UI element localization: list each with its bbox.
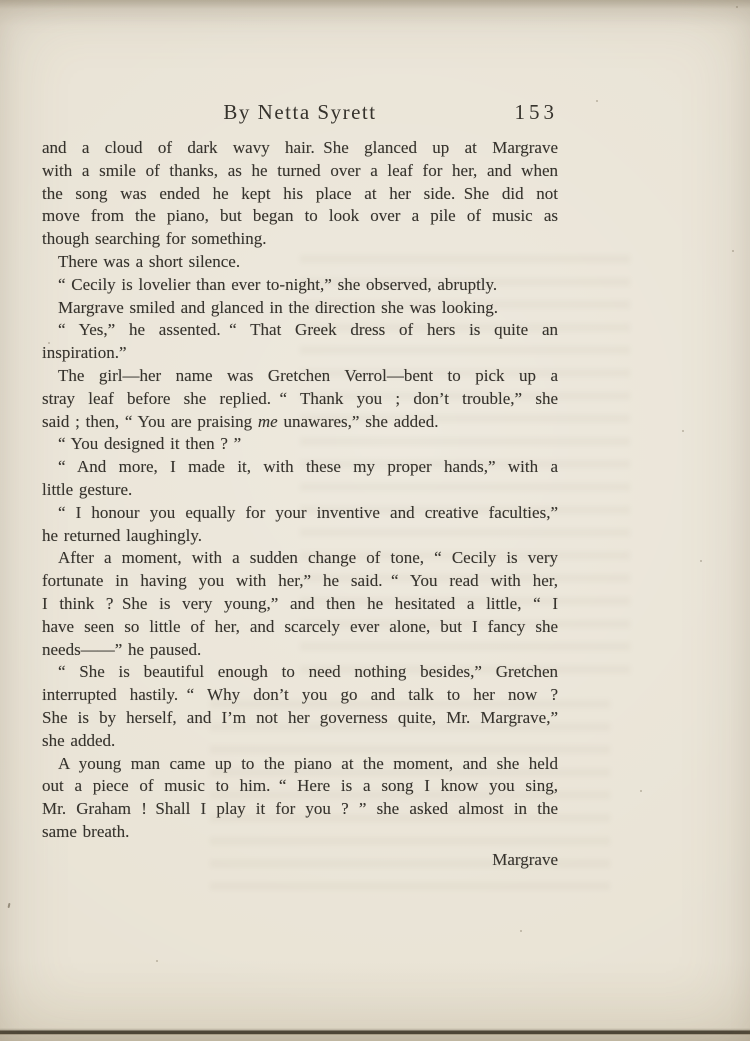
paper-speck <box>732 250 734 252</box>
text-line: “ I honour you equally for your inventiv… <box>42 502 558 525</box>
text-line: he returned laughingly. <box>42 525 558 548</box>
text-line: needs——” he paused. <box>42 639 558 662</box>
paper-speck <box>520 930 522 932</box>
text-line: Mr. Graham ! Shall I play it for you ? ”… <box>42 798 558 821</box>
catchword: Margrave <box>42 849 558 872</box>
text-line: though searching for something. <box>42 228 558 251</box>
text-line: inspiration.” <box>42 342 558 365</box>
page-bottom-edge <box>0 1028 750 1041</box>
text-line: I think ? She is very young,” and then h… <box>42 593 558 616</box>
text-line: out a piece of music to him. “ Here is a… <box>42 775 558 798</box>
page-number: 153 <box>515 96 559 128</box>
body-text: and a cloud of dark wavy hair. She glanc… <box>42 137 558 844</box>
paper-speck <box>596 100 598 102</box>
text-line: move from the piano, but began to look o… <box>42 205 558 228</box>
paper-speck <box>156 960 158 962</box>
book-page: By Netta Syrett 153 and a cloud of dark … <box>0 0 750 1041</box>
text-line: The girl—her name was Gretchen Verrol—be… <box>42 365 558 388</box>
text-line: fortunate in having you with her,” he sa… <box>42 570 558 593</box>
text-line: said ; then, “ You are praising me unawa… <box>42 411 558 434</box>
text-line: have seen so little of her, and scarcely… <box>42 616 558 639</box>
paper-speck <box>736 6 738 8</box>
text-line: After a moment, with a sudden change of … <box>42 547 558 570</box>
paper-speck <box>682 430 684 432</box>
text-line: same breath. <box>42 821 558 844</box>
italic-text: me <box>258 412 278 431</box>
text-line: “ Yes,” he assented. “ That Greek dress … <box>42 319 558 342</box>
text-line: she added. <box>42 730 558 753</box>
text-line: stray leaf before she replied. “ Thank y… <box>42 388 558 411</box>
paper-mark <box>8 903 11 908</box>
paper-speck <box>640 790 642 792</box>
text-line: She is by herself, and I’m not her gover… <box>42 707 558 730</box>
text-line: There was a short silence. <box>42 251 558 274</box>
page-header: By Netta Syrett 153 <box>42 96 558 128</box>
text-line: the song was ended he kept his place at … <box>42 183 558 206</box>
text-line: “ You designed it then ? ” <box>42 433 558 456</box>
text-line: A young man came up to the piano at the … <box>42 753 558 776</box>
running-title: By Netta Syrett <box>42 96 558 128</box>
paper-speck <box>700 560 702 562</box>
text-line: with a smile of thanks, as he turned ove… <box>42 160 558 183</box>
text-line: “ And more, I made it, with these my pro… <box>42 456 558 479</box>
text-line: and a cloud of dark wavy hair. She glanc… <box>42 137 558 160</box>
text-line: “ She is beautiful enough to need nothin… <box>42 661 558 684</box>
text-line: little gesture. <box>42 479 558 502</box>
text-line: interrupted hastily. “ Why don’t you go … <box>42 684 558 707</box>
paper-speck <box>48 342 50 344</box>
page-top-edge <box>0 0 750 9</box>
text-line: “ Cecily is lovelier than ever to-night,… <box>42 274 558 297</box>
text-line: Margrave smiled and glanced in the direc… <box>42 297 558 320</box>
